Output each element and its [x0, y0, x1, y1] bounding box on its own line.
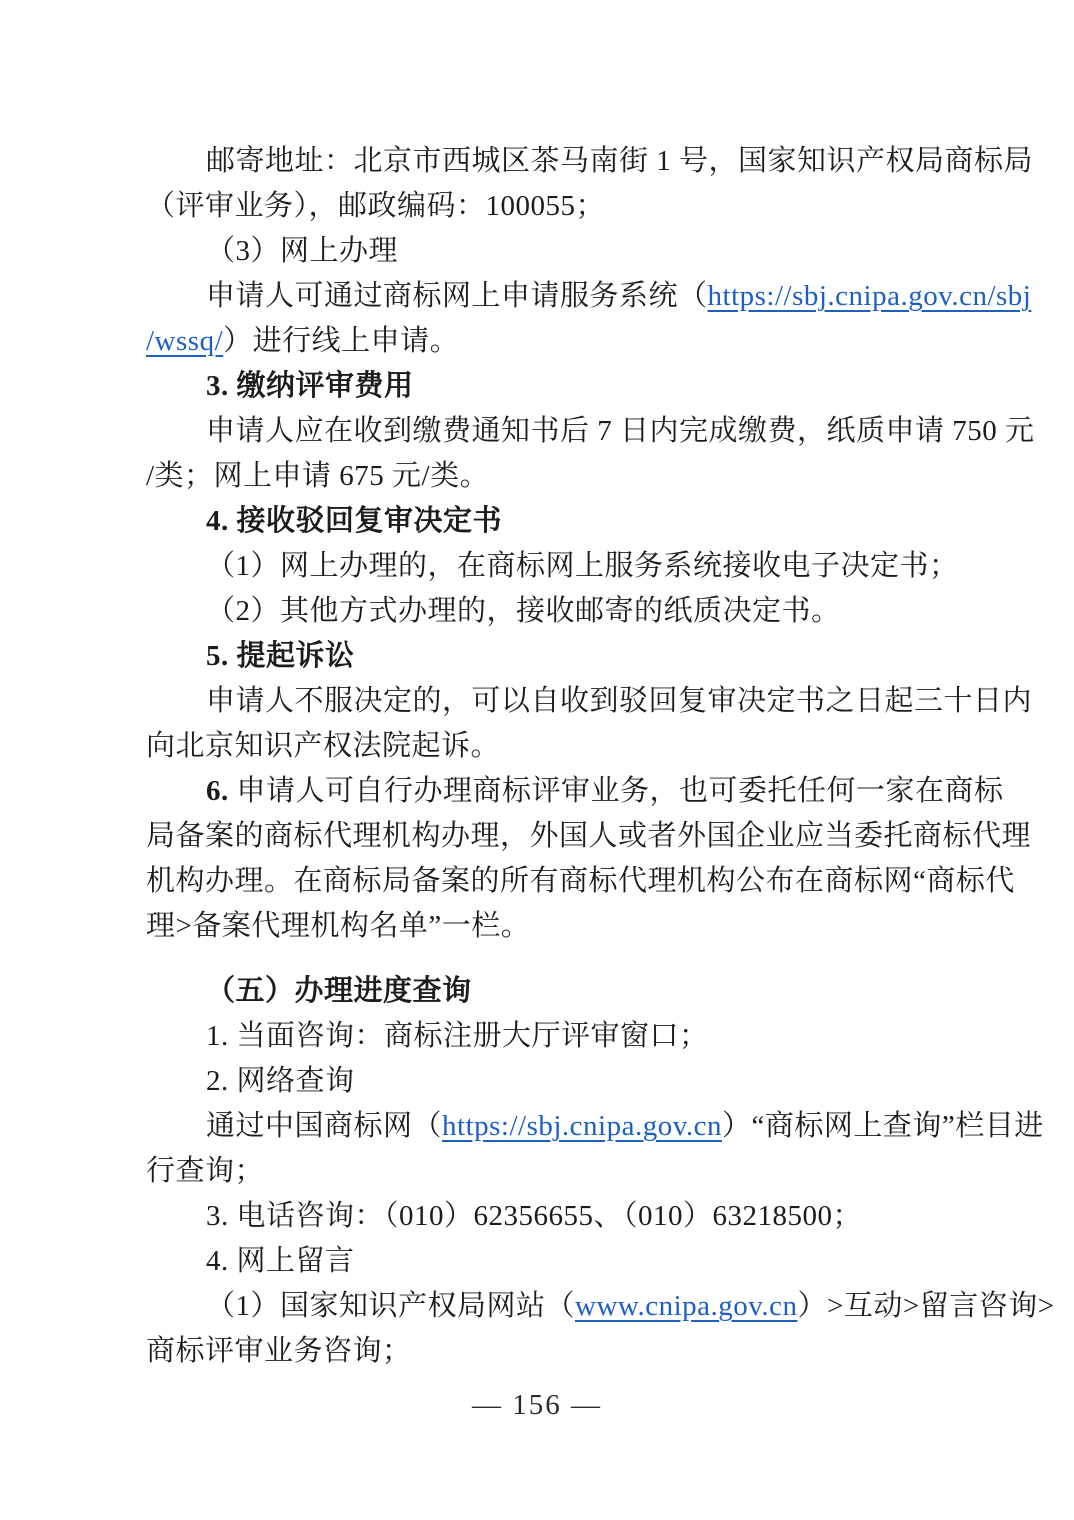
text-run: 通过中国商标网（: [206, 1110, 442, 1142]
page-number: — 156 —: [0, 1383, 1074, 1428]
text-line: （1）国家知识产权局网站（www.cnipa.gov.cn）>互动>留言咨询>: [146, 1284, 936, 1329]
text-run: 1. 当面咨询：商标注册大厅评审窗口；: [206, 1020, 709, 1052]
hyperlink[interactable]: https://sbj.cnipa.gov.cn: [442, 1110, 722, 1142]
text-line: 2. 网络查询: [146, 1059, 936, 1104]
text-run: ）>互动>留言咨询>: [798, 1290, 1055, 1322]
text-run: 申请人不服决定的，可以自收到驳回复审决定书之日起三十日内: [206, 685, 1032, 717]
text-line: （评审业务），邮政编码：100055；: [146, 184, 936, 229]
text-run: （五）办理进度查询: [206, 975, 472, 1007]
text-line: 理>备案代理机构名单”一栏。: [146, 904, 936, 949]
text-run: ）进行线上申请。: [223, 325, 459, 357]
text-run: 局备案的商标代理机构办理，外国人或者外国企业应当委托商标代理: [146, 820, 1031, 852]
document-body: 邮寄地址：北京市西城区茶马南街 1 号，国家知识产权局商标局（评审业务），邮政编…: [146, 139, 936, 1374]
text-run: ）“商标网上查询”栏目进: [722, 1110, 1044, 1142]
text-run: 邮寄地址：北京市西城区茶马南街 1 号，国家知识产权局商标局: [206, 145, 1033, 177]
text-line: /类；网上申请 675 元/类。: [146, 454, 936, 499]
text-run: 6.: [206, 775, 237, 807]
text-run: 理>备案代理机构名单”一栏。: [146, 910, 530, 942]
text-line: 申请人应在收到缴费通知书后 7 日内完成缴费，纸质申请 750 元: [146, 409, 936, 454]
text-run: （1）国家知识产权局网站（: [206, 1290, 575, 1322]
text-run: 申请人可自行办理商标评审业务，也可委托任何一家在商标: [237, 775, 1004, 807]
text-line: （2）其他方式办理的，接收邮寄的纸质决定书。: [146, 589, 936, 634]
text-line: 4. 网上留言: [146, 1239, 936, 1284]
text-line: 行查询；: [146, 1149, 936, 1194]
text-line: 6. 申请人可自行办理商标评审业务，也可委托任何一家在商标: [146, 769, 936, 814]
text-line: 1. 当面咨询：商标注册大厅评审窗口；: [146, 1014, 936, 1059]
text-run: （2）其他方式办理的，接收邮寄的纸质决定书。: [206, 595, 841, 627]
text-run: （1）网上办理的，在商标网上服务系统接收电子决定书；: [206, 550, 959, 582]
text-run: 向北京知识产权法院起诉。: [146, 730, 500, 762]
text-run: 申请人可通过商标网上申请服务系统（: [206, 280, 708, 312]
text-run: 5. 提起诉讼: [206, 640, 355, 672]
text-line: 邮寄地址：北京市西城区茶马南街 1 号，国家知识产权局商标局: [146, 139, 936, 184]
text-line: /wssq/）进行线上申请。: [146, 319, 936, 364]
text-run: /类；网上申请 675 元/类。: [146, 460, 489, 492]
text-line: 通过中国商标网（https://sbj.cnipa.gov.cn）“商标网上查询…: [146, 1104, 936, 1149]
text-line: 向北京知识产权法院起诉。: [146, 724, 936, 769]
hyperlink[interactable]: /wssq/: [146, 325, 223, 357]
hyperlink[interactable]: www.cnipa.gov.cn: [575, 1290, 797, 1322]
text-run: （评审业务），邮政编码：100055；: [146, 190, 605, 222]
text-line: 机构办理。在商标局备案的所有商标代理机构公布在商标网“商标代: [146, 859, 936, 904]
section-heading: 4. 接收驳回复审决定书: [146, 499, 936, 544]
text-line: （1）网上办理的，在商标网上服务系统接收电子决定书；: [146, 544, 936, 589]
text-line: 申请人不服决定的，可以自收到驳回复审决定书之日起三十日内: [146, 679, 936, 724]
document-page: 邮寄地址：北京市西城区茶马南街 1 号，国家知识产权局商标局（评审业务），邮政编…: [0, 0, 1074, 1520]
text-run: 行查询；: [146, 1155, 264, 1187]
text-line: （3）网上办理: [146, 229, 936, 274]
text-line: 局备案的商标代理机构办理，外国人或者外国企业应当委托商标代理: [146, 814, 936, 859]
text-line: 申请人可通过商标网上申请服务系统（https://sbj.cnipa.gov.c…: [146, 274, 936, 319]
section-heading: 3. 缴纳评审费用: [146, 364, 936, 409]
text-run: 申请人应在收到缴费通知书后 7 日内完成缴费，纸质申请 750 元: [206, 415, 1035, 447]
section-heading: （五）办理进度查询: [146, 969, 936, 1014]
text-run: 3. 电话咨询：（010）62356655、（010）63218500；: [206, 1200, 862, 1232]
hyperlink[interactable]: https://sbj.cnipa.gov.cn/sbj: [708, 280, 1032, 312]
text-run: 4. 网上留言: [206, 1245, 355, 1277]
text-line: 商标评审业务咨询；: [146, 1329, 936, 1374]
text-line: 3. 电话咨询：（010）62356655、（010）63218500；: [146, 1194, 936, 1239]
text-run: 3. 缴纳评审费用: [206, 370, 414, 402]
text-run: 4. 接收驳回复审决定书: [206, 505, 502, 537]
text-run: 商标评审业务咨询；: [146, 1335, 412, 1367]
text-run: （3）网上办理: [206, 235, 398, 267]
section-heading: 5. 提起诉讼: [146, 634, 936, 679]
text-run: 2. 网络查询: [206, 1065, 355, 1097]
text-run: 机构办理。在商标局备案的所有商标代理机构公布在商标网“商标代: [146, 865, 1015, 897]
